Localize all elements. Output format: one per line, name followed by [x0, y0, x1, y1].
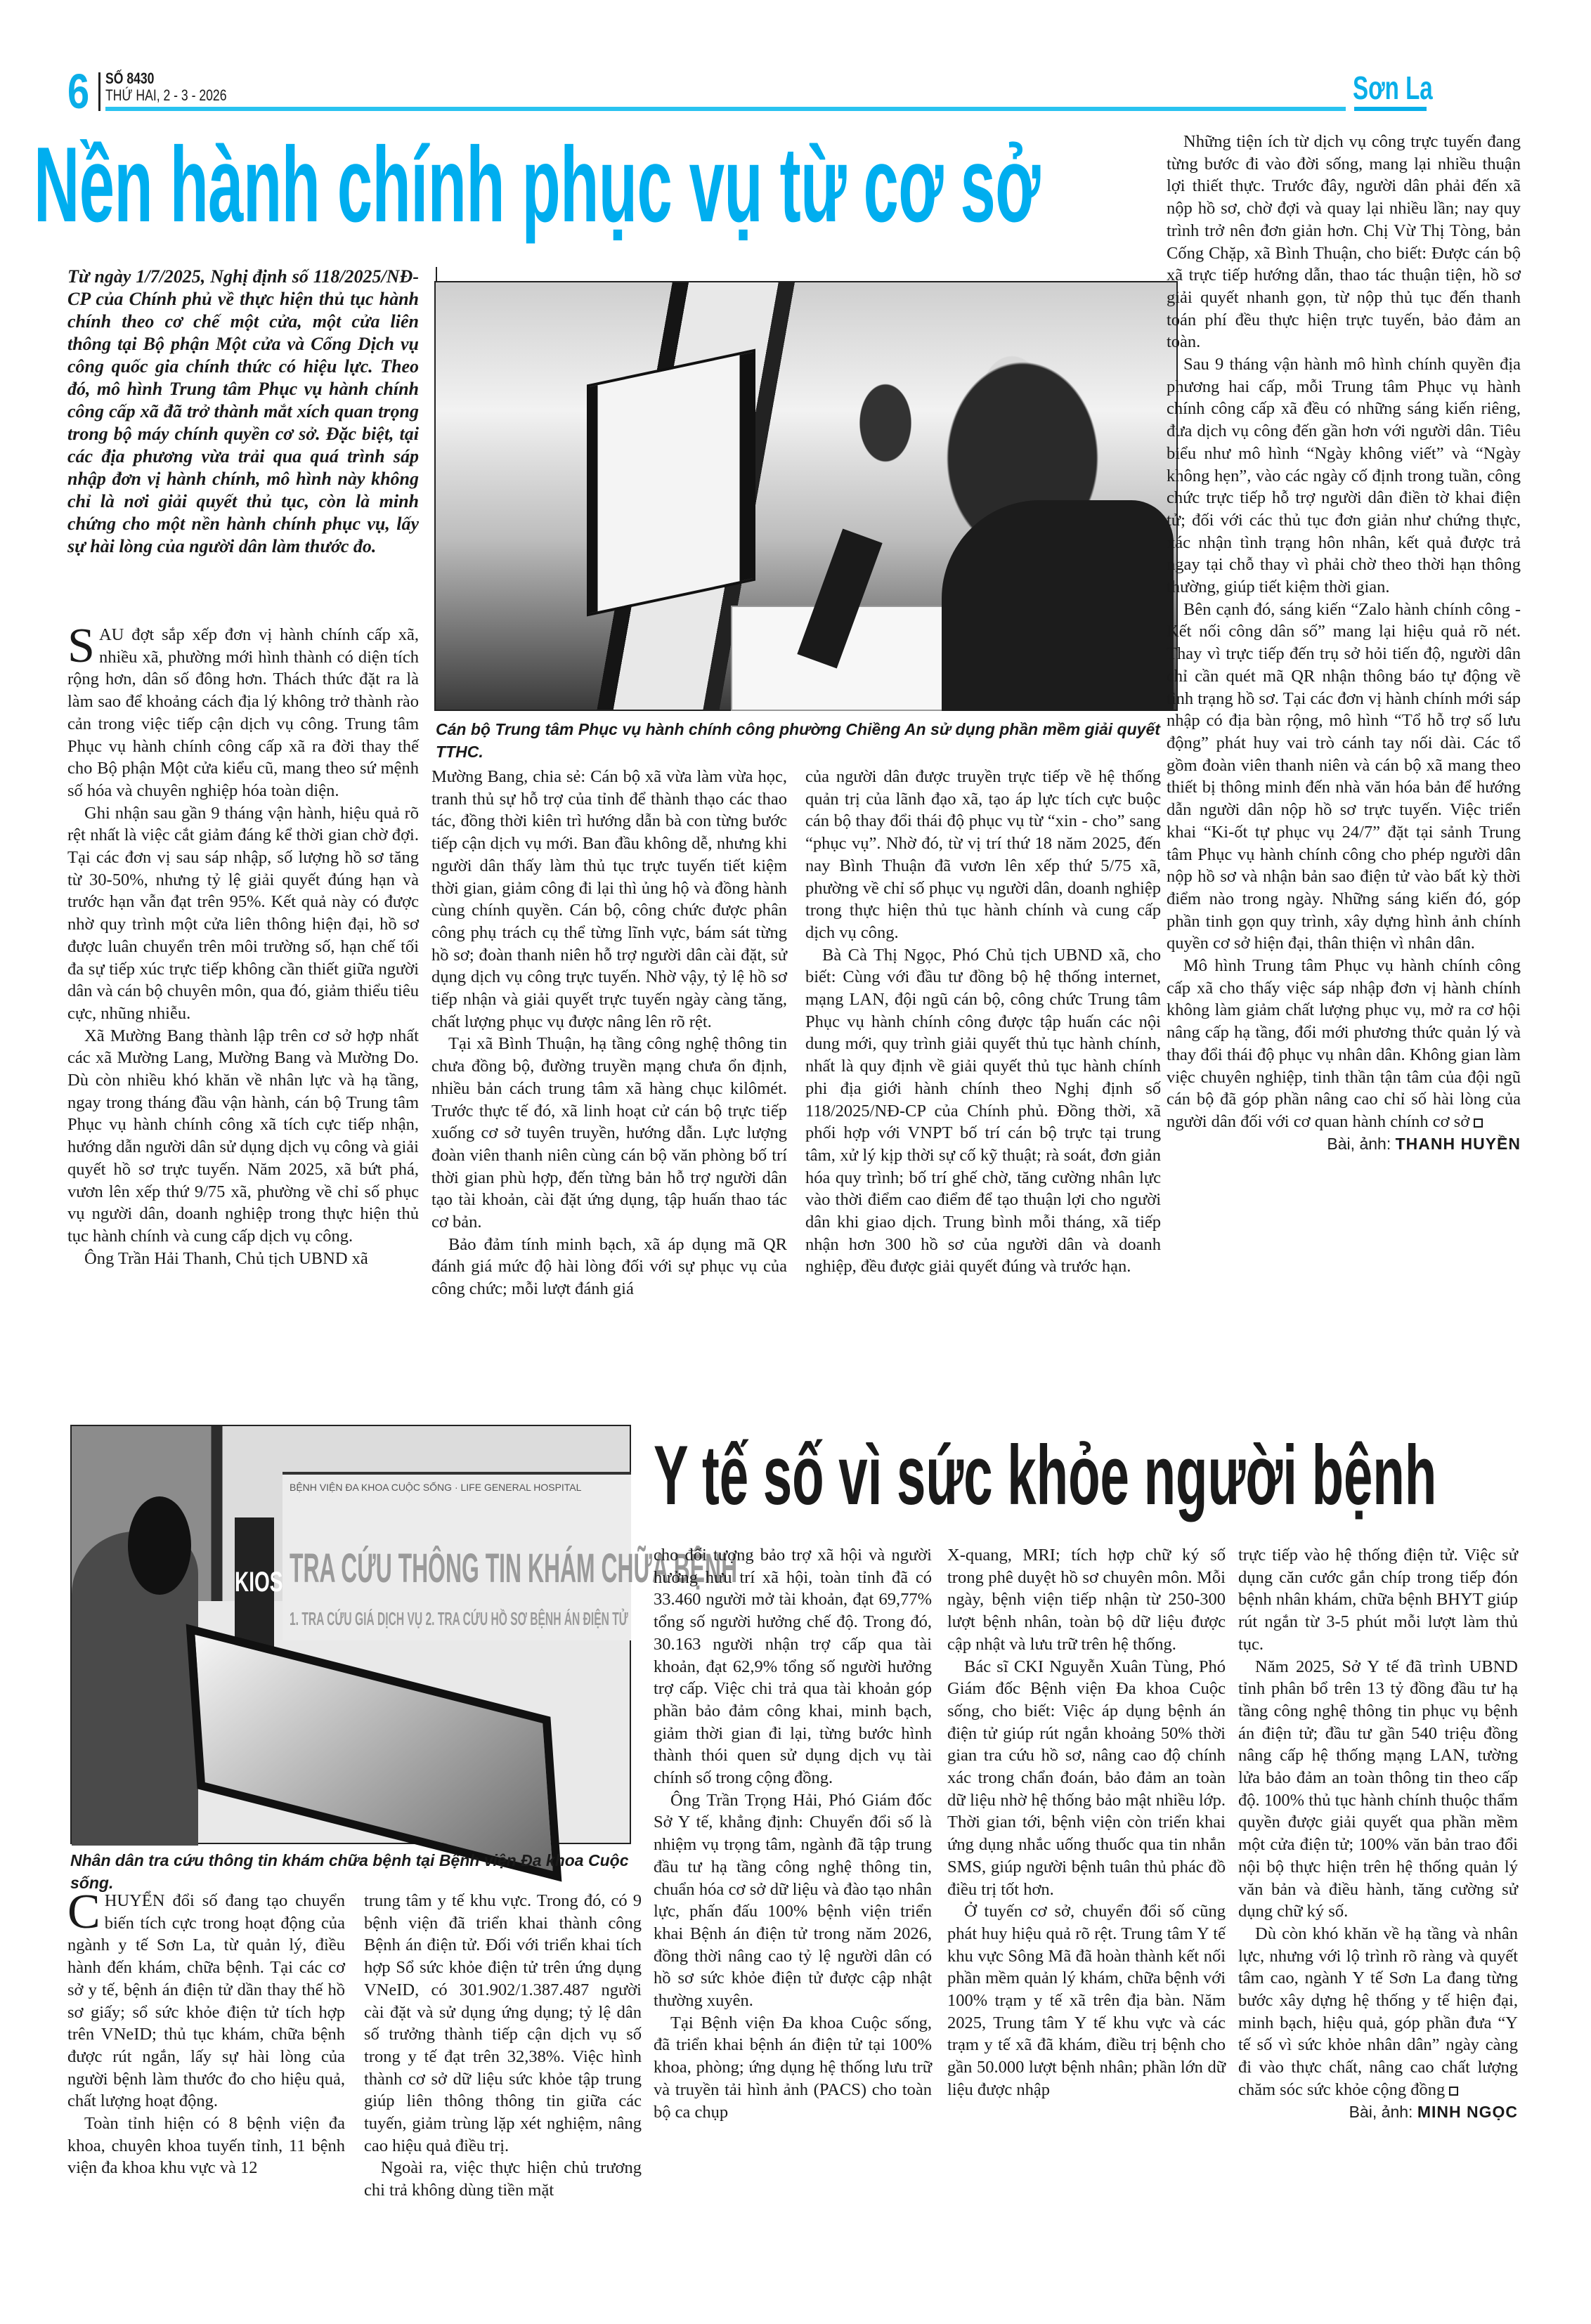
- article2-byline: Bài, ảnh: MINH NGỌC: [1238, 2101, 1518, 2124]
- article1-column-2: Mường Bang, chia sẻ: Cán bộ xã vừa làm v…: [431, 766, 787, 1300]
- article2-column-3: cho đối tượng bảo trợ xã hội và người hư…: [654, 1544, 932, 2123]
- byline-author: MINH NGỌC: [1417, 2103, 1518, 2121]
- article1-headline: Nền hành chính phục vụ từ cơ sở: [34, 125, 1040, 244]
- article2-col5-para: Dù còn khó khăn về hạ tầng và nhân lực, …: [1238, 1923, 1518, 2101]
- article1-photo-caption: Cán bộ Trung tâm Phục vụ hành chính công…: [436, 718, 1181, 763]
- article2-col2-para: trung tâm y tế khu vực. Trong đó, có 9 b…: [364, 1890, 642, 2157]
- paragraph-text: Dù còn khó khăn về hạ tầng và nhân lực, …: [1238, 1924, 1518, 2099]
- article2-col5-para: trực tiếp vào hệ thống điện tử. Việc sử …: [1238, 1544, 1518, 1656]
- article2-photo-caption: Nhân dân tra cứu thông tin khám chữa bện…: [70, 1849, 632, 1894]
- article1-col1-para: Xã Mường Bang thành lập trên cơ sở hợp n…: [67, 1025, 419, 1248]
- end-mark-icon: [1474, 1118, 1483, 1128]
- article2-headline: Y tế số vì sức khỏe người bệnh: [654, 1426, 1436, 1525]
- article2-col4-para: X-quang, MRI; tích hợp chữ ký số trong p…: [947, 1544, 1226, 1656]
- officer-figure: [942, 500, 1174, 711]
- byline-author: THANH HUYỀN: [1396, 1135, 1521, 1153]
- hair-shape: [128, 1496, 191, 1595]
- header-rule: [105, 107, 1346, 111]
- article1-col1-para: Ghi nhận sau gần 9 tháng vận hành, hiệu …: [67, 802, 419, 1025]
- paragraph-text: AU đợt sắp xếp đơn vị hành chính cấp xã,…: [67, 625, 419, 800]
- issue-date: THỨ HAI, 2 - 3 - 2026: [105, 87, 227, 104]
- article1-col4-para: Những tiện ích từ dịch vụ công trực tuyế…: [1167, 131, 1521, 353]
- article1-lead: Từ ngày 1/7/2025, Nghị định số 118/2025/…: [67, 266, 419, 558]
- header-divider: [98, 72, 100, 111]
- dropcap: C: [67, 1893, 100, 1932]
- article1-col4-para: Mô hình Trung tâm Phục vụ hành chính côn…: [1167, 955, 1521, 1133]
- byline-prefix: Bài, ảnh:: [1327, 1135, 1391, 1153]
- hospital-name: BỆNH VIỆN ĐA KHOA CUỘC SỐNG · LIFE GENER…: [290, 1482, 581, 1493]
- article1-column-4: Những tiện ích từ dịch vụ công trực tuyế…: [1167, 131, 1521, 1155]
- article1-col1-para: SAU đợt sắp xếp đơn vị hành chính cấp xã…: [67, 624, 419, 802]
- article2-col2-para: Ngoài ra, việc thực hiện chủ trương chi …: [364, 2157, 642, 2201]
- article1-column-1: SAU đợt sắp xếp đơn vị hành chính cấp xã…: [67, 624, 419, 1269]
- article2-col5-para: Năm 2025, Sở Y tế đã trình UBND tỉnh phâ…: [1238, 1656, 1518, 1923]
- issue-number: SỐ 8430: [105, 70, 227, 87]
- article1-col4-para: Sau 9 tháng vận hành mô hình chính quyền…: [1167, 353, 1521, 599]
- article1-photo: [434, 281, 1178, 711]
- article1-col4-para: Bên cạnh đó, sáng kiến “Zalo hành chính …: [1167, 599, 1521, 955]
- article2-col3-para: cho đối tượng bảo trợ xã hội và người hư…: [654, 1544, 932, 1789]
- article2-col1-para: Toàn tỉnh hiện có 8 bệnh viện đa khoa, c…: [67, 2113, 345, 2179]
- article2-col4-para: Bác sĩ CKI Nguyễn Xuân Tùng, Phó Giám đố…: [947, 1656, 1226, 1901]
- article2-photo: KIOSK BỆNH VIỆN ĐA KHOA CUỘC SỐNG · LIFE…: [70, 1425, 631, 1844]
- article1-col2-para: Mường Bang, chia sẻ: Cán bộ xã vừa làm v…: [431, 766, 787, 1033]
- monitor-shape: [587, 348, 755, 616]
- article2-column-1: CHUYỂN đổi số đang tạo chuyển biến tích …: [67, 1890, 345, 2179]
- byline-prefix: Bài, ảnh:: [1349, 2103, 1413, 2121]
- kiosk-banner: BỆNH VIỆN ĐA KHOA CUỘC SỐNG · LIFE GENER…: [283, 1472, 631, 1640]
- kiosk-screen: [186, 1624, 562, 1882]
- article2-col3-para: Tại Bệnh viện Đa khoa Cuộc sống, đã triể…: [654, 2012, 932, 2124]
- paragraph-text: HUYỂN đổi số đang tạo chuyển biến tích c…: [67, 1891, 345, 2110]
- page-number: 6: [67, 70, 89, 112]
- article1-byline: Bài, ảnh: THANH HUYỀN: [1167, 1133, 1521, 1156]
- article1-col3-para: của người dân được truyền trực tiếp về h…: [805, 766, 1161, 944]
- banner-subtitle: 1. TRA CỨU GIÁ DỊCH VỤ 2. TRA CỨU HỒ SƠ …: [290, 1608, 628, 1630]
- article1-col2-para: Tại xã Bình Thuận, hạ tầng công nghệ thô…: [431, 1033, 787, 1233]
- article2-col4-para: Ở tuyến cơ sở, chuyển đổi số cũng phát h…: [947, 1900, 1226, 2101]
- paragraph-text: Mô hình Trung tâm Phục vụ hành chính côn…: [1167, 956, 1521, 1131]
- article1-col1-para: Ông Trần Hải Thanh, Chủ tịch UBND xã: [67, 1248, 419, 1270]
- article2-column-4: X-quang, MRI; tích hợp chữ ký số trong p…: [947, 1544, 1226, 2101]
- article2-col3-para: Ông Trần Trọng Hải, Phó Giám đốc Sở Y tế…: [654, 1789, 932, 2012]
- article1-col3-para: Bà Cà Thị Ngọc, Phó Chủ tịch UBND xã, ch…: [805, 944, 1161, 1279]
- issue-info: SỐ 8430 THỨ HAI, 2 - 3 - 2026: [105, 70, 257, 104]
- section-region: Sơn La: [1353, 69, 1433, 107]
- article1-col2-para: Bảo đảm tính minh bạch, xã áp dụng mã QR…: [431, 1234, 787, 1300]
- article1-column-3: của người dân được truyền trực tiếp về h…: [805, 766, 1161, 1278]
- article2-column-2: trung tâm y tế khu vực. Trong đó, có 9 b…: [364, 1890, 642, 2202]
- region-underline: [1354, 107, 1427, 111]
- end-mark-icon: [1449, 2087, 1458, 2096]
- article2-col1-para: CHUYỂN đổi số đang tạo chuyển biến tích …: [67, 1890, 345, 2113]
- article2-column-5: trực tiếp vào hệ thống điện tử. Việc sử …: [1238, 1544, 1518, 2123]
- dropcap: S: [67, 627, 95, 666]
